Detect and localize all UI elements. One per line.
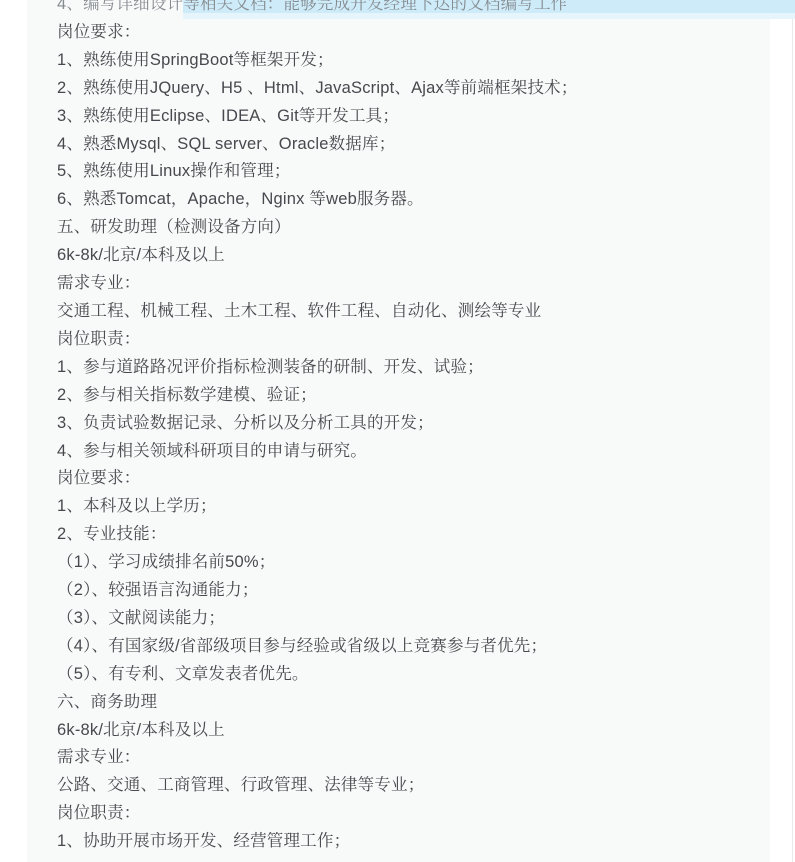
text-line: 2、参与相关指标数学建模、验证；	[57, 382, 770, 410]
text-line: 5、熟练使用Linux操作和管理；	[57, 158, 770, 186]
text-line: 交通工程、机械工程、土木工程、软件工程、自动化、测绘等专业	[57, 298, 770, 326]
text-line: 六、商务助理	[57, 689, 770, 717]
text-line: （5）、有专利、文章发表者优先。	[57, 661, 770, 689]
text-line: 岗位职责：	[57, 800, 770, 828]
text-line: 3、负责试验数据记录、分析以及分析工具的开发；	[57, 410, 770, 438]
text-line: 2、熟练使用JQuery、H5 、Html、JavaScript、Ajax等前端…	[57, 75, 770, 103]
text-line: （3）、文献阅读能力；	[57, 605, 770, 633]
text-line: 岗位职责：	[57, 326, 770, 354]
text-line: 1、参与道路路况评价指标检测装备的研制、开发、试验；	[57, 354, 770, 382]
text-line: 需求专业：	[57, 744, 770, 772]
text-line: （4）、有国家级/省部级项目参与经验或省级以上竞赛参与者优先；	[57, 633, 770, 661]
text-line: 五、研发助理（检测设备方向）	[57, 214, 770, 242]
text-line: 岗位要求：	[57, 19, 770, 47]
text-line: 2、专业技能：	[57, 521, 770, 549]
document-body: 4、编写详细设计 等相关文档：能够完成开发经理下达的文档编写工作 岗位要求：1、…	[27, 0, 770, 862]
text-line: 岗位要求：	[57, 465, 770, 493]
text-selection-highlight[interactable]: 等相关文档：能够完成开发经理下达的文档编写工作	[183, 0, 795, 19]
text-line: 6、熟悉Tomcat，Apache，Nginx 等web服务器。	[57, 186, 770, 214]
text-line: 1、熟练使用SpringBoot等框架开发；	[57, 47, 770, 75]
text-line: （2）、较强语言沟通能力；	[57, 577, 770, 605]
text-block: 4、编写详细设计 等相关文档：能够完成开发经理下达的文档编写工作 岗位要求：1、…	[27, 0, 770, 856]
text-line: 4、熟悉Mysql、SQL server、Oracle数据库；	[57, 131, 770, 159]
text-line: 6k-8k/北京/本科及以上	[57, 717, 770, 745]
text-line: 6k-8k/北京/本科及以上	[57, 242, 770, 270]
text-line: 1、本科及以上学历；	[57, 493, 770, 521]
first-line-unselected-text: 4、编写详细设计	[57, 0, 183, 19]
text-line: 1、协助开展市场开发、经营管理工作；	[57, 828, 770, 856]
clipped-first-line: 4、编写详细设计 等相关文档：能够完成开发经理下达的文档编写工作	[57, 0, 795, 19]
text-line: 公路、交通、工商管理、行政管理、法律等专业；	[57, 772, 770, 800]
page: 4、编写详细设计 等相关文档：能够完成开发经理下达的文档编写工作 岗位要求：1、…	[0, 0, 795, 862]
text-line: （1）、学习成绩排名前50%；	[57, 549, 770, 577]
text-line: 需求专业：	[57, 270, 770, 298]
text-line: 3、熟练使用Eclipse、IDEA、Git等开发工具；	[57, 103, 770, 131]
scrollbar-track-line	[792, 19, 793, 862]
text-line: 4、参与相关领域科研项目的申请与研究。	[57, 438, 770, 466]
